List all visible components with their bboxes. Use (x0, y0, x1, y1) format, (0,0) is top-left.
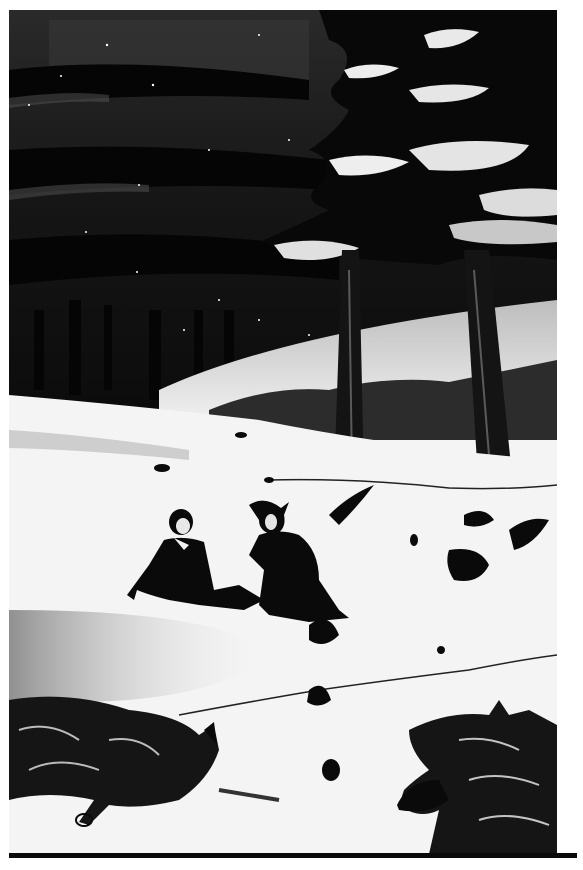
illustration-panel (9, 10, 557, 854)
scene (9, 10, 557, 854)
page-bottom-border (9, 853, 577, 858)
